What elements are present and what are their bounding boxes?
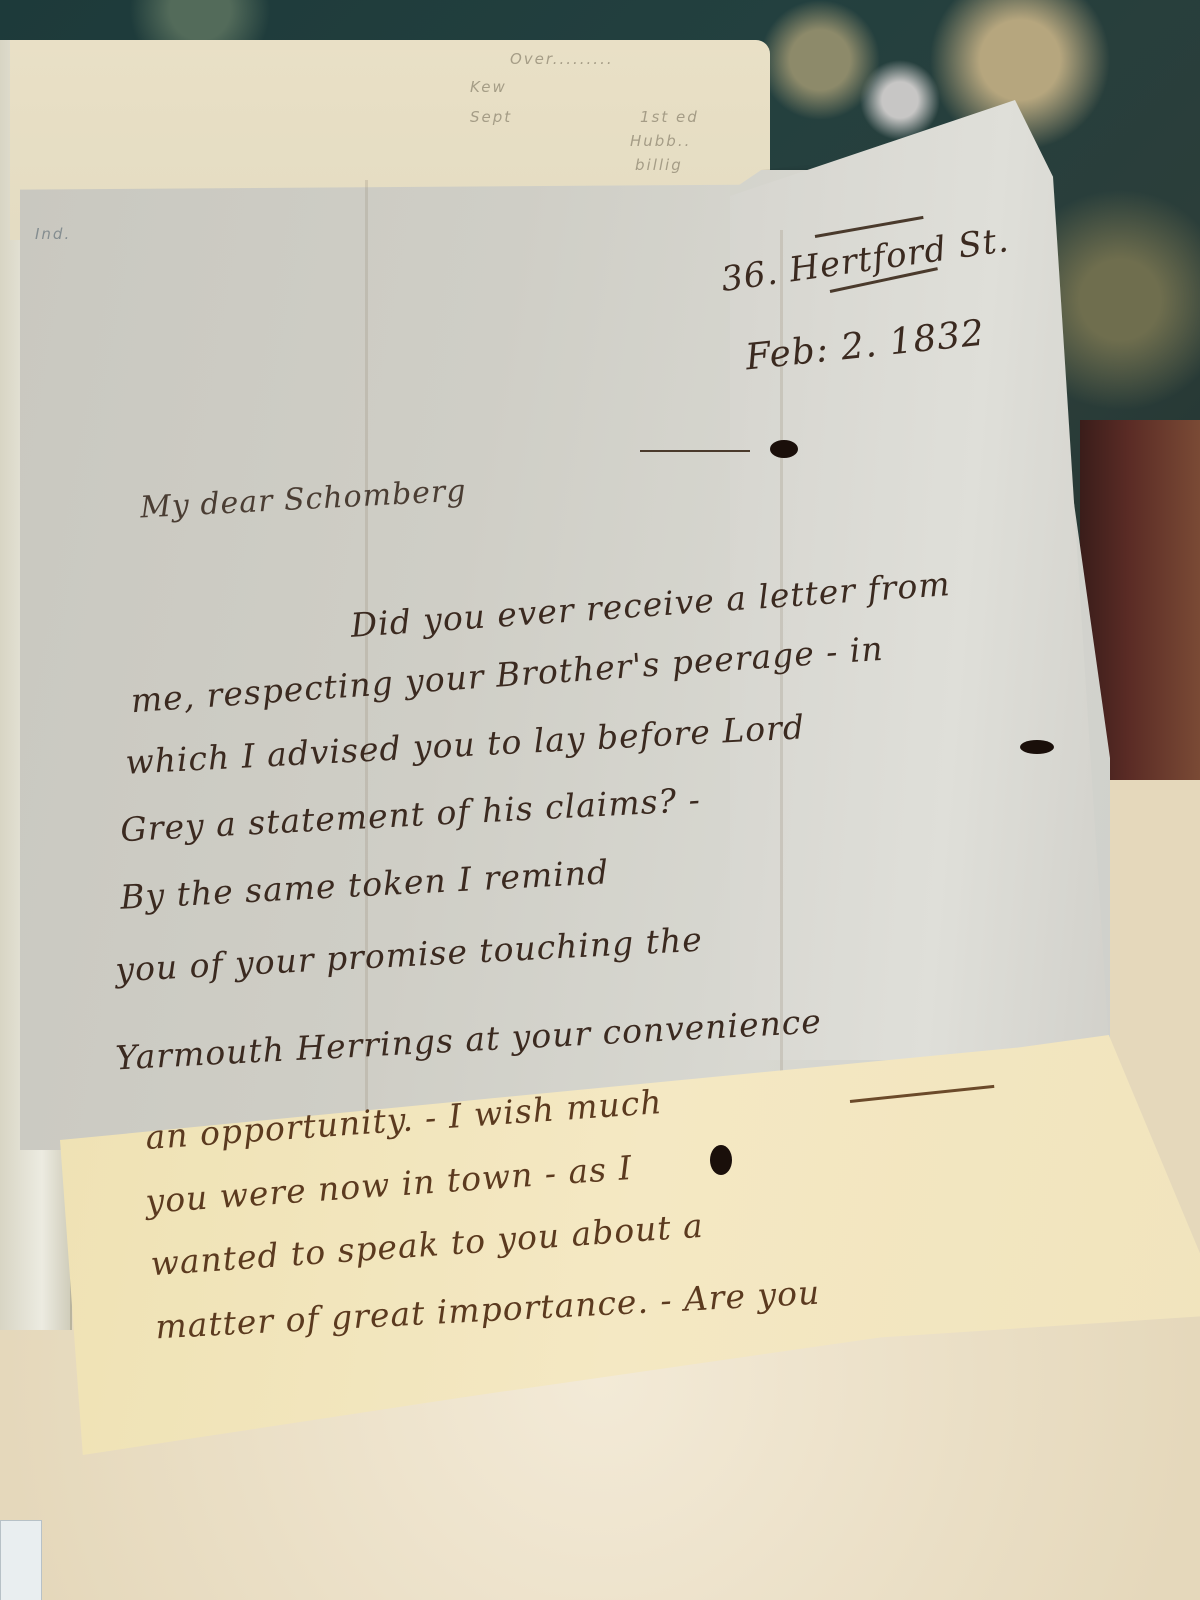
catalog-tag <box>0 1520 42 1600</box>
ink-blot <box>770 440 798 458</box>
date-rule <box>640 450 750 452</box>
pencil-note: 1st ed <box>640 108 699 126</box>
pencil-note: Sept <box>470 108 512 126</box>
pencil-note: Hubb.. <box>630 132 691 150</box>
margin-note: Ind. <box>35 225 71 243</box>
pencil-note: billig <box>635 156 683 174</box>
pencil-note: Kew <box>470 78 507 96</box>
pencil-note: Over......... <box>510 50 614 68</box>
ink-blot <box>710 1145 732 1175</box>
ink-blot <box>1020 740 1054 754</box>
